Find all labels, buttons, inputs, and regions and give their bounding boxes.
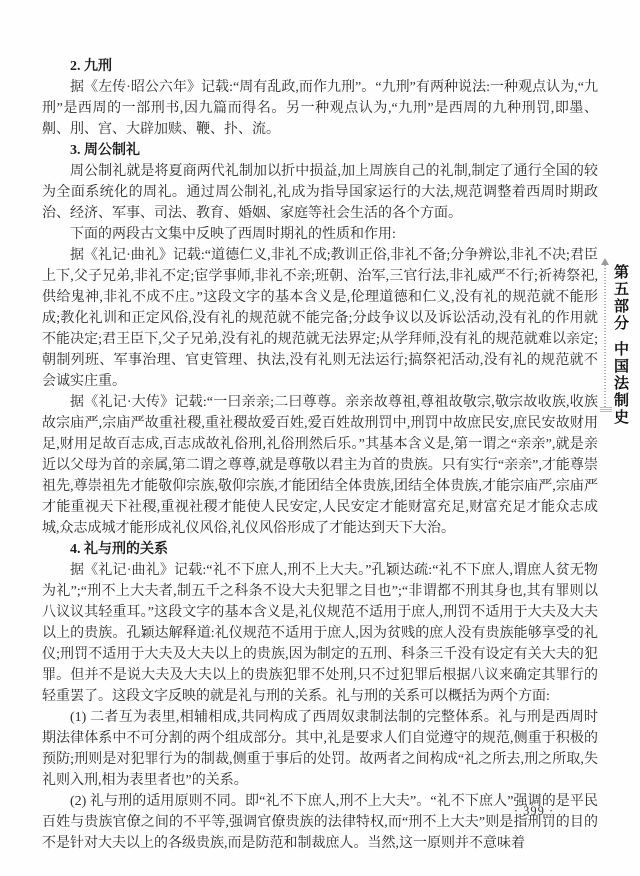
- body-paragraph: 周公制礼就是将夏商两代礼制加以折中损益,加上周族自己的礼制,制定了通行全国的较为…: [42, 161, 598, 224]
- part-label: 第五部分: [612, 264, 628, 332]
- scanned-book-page: { "content": [ {"type":"heading","text":…: [0, 0, 640, 876]
- chapter-tab-text: 第五部分中国法制史: [610, 264, 631, 426]
- body-paragraph: 下面的两段古文集中反映了西周时期礼的性质和作用:: [42, 224, 598, 245]
- section-heading: 3. 周公制礼: [42, 140, 598, 161]
- body-paragraph: 据《礼记·曲礼》记载:“道德仁义,非礼不成;教训正俗,非礼不备;分争辨讼,非礼不…: [42, 245, 598, 392]
- body-paragraph: 据《左传·昭公六年》记载:“周有乱政,而作九刑”。“九刑”有两种说法:一种观点认…: [42, 77, 598, 140]
- text-column: 2. 九刑据《左传·昭公六年》记载:“周有乱政,而作九刑”。“九刑”有两种说法:…: [42, 56, 598, 854]
- page-background: 2. 九刑据《左传·昭公六年》记载:“周有乱政,而作九刑”。“九刑”有两种说法:…: [0, 0, 640, 876]
- body-paragraph: 据《礼记·曲礼》记载:“礼不下庶人,刑不上大夫。”孔颖达疏:“礼不下庶人,谓庶人…: [42, 560, 598, 707]
- section-heading: 2. 九刑: [42, 56, 598, 77]
- body-paragraph: (1) 二者互为表里,相辅相成,共同构成了西周奴隶制法制的完整体系。礼与刑是西周…: [42, 707, 598, 791]
- arrow-up-icon: [601, 258, 609, 265]
- book-title-label: 中国法制史: [612, 341, 628, 426]
- body-paragraph: 据《礼记·大传》记载:“一曰亲亲;二曰尊尊。亲亲故尊祖,尊祖故敬宗,敬宗故收族,…: [42, 392, 598, 539]
- chapter-side-tab: 第五部分中国法制史: [600, 258, 634, 428]
- body-paragraph: (2) 礼与刑的适用原则不同。即“礼不下庶人,刑不上大夫”。“礼不下庶人”强调的…: [42, 791, 598, 854]
- tab-vertical-rule: [604, 265, 606, 407]
- section-heading: 4. 礼与刑的关系: [42, 539, 598, 560]
- page-number: · 399 ·: [486, 804, 582, 819]
